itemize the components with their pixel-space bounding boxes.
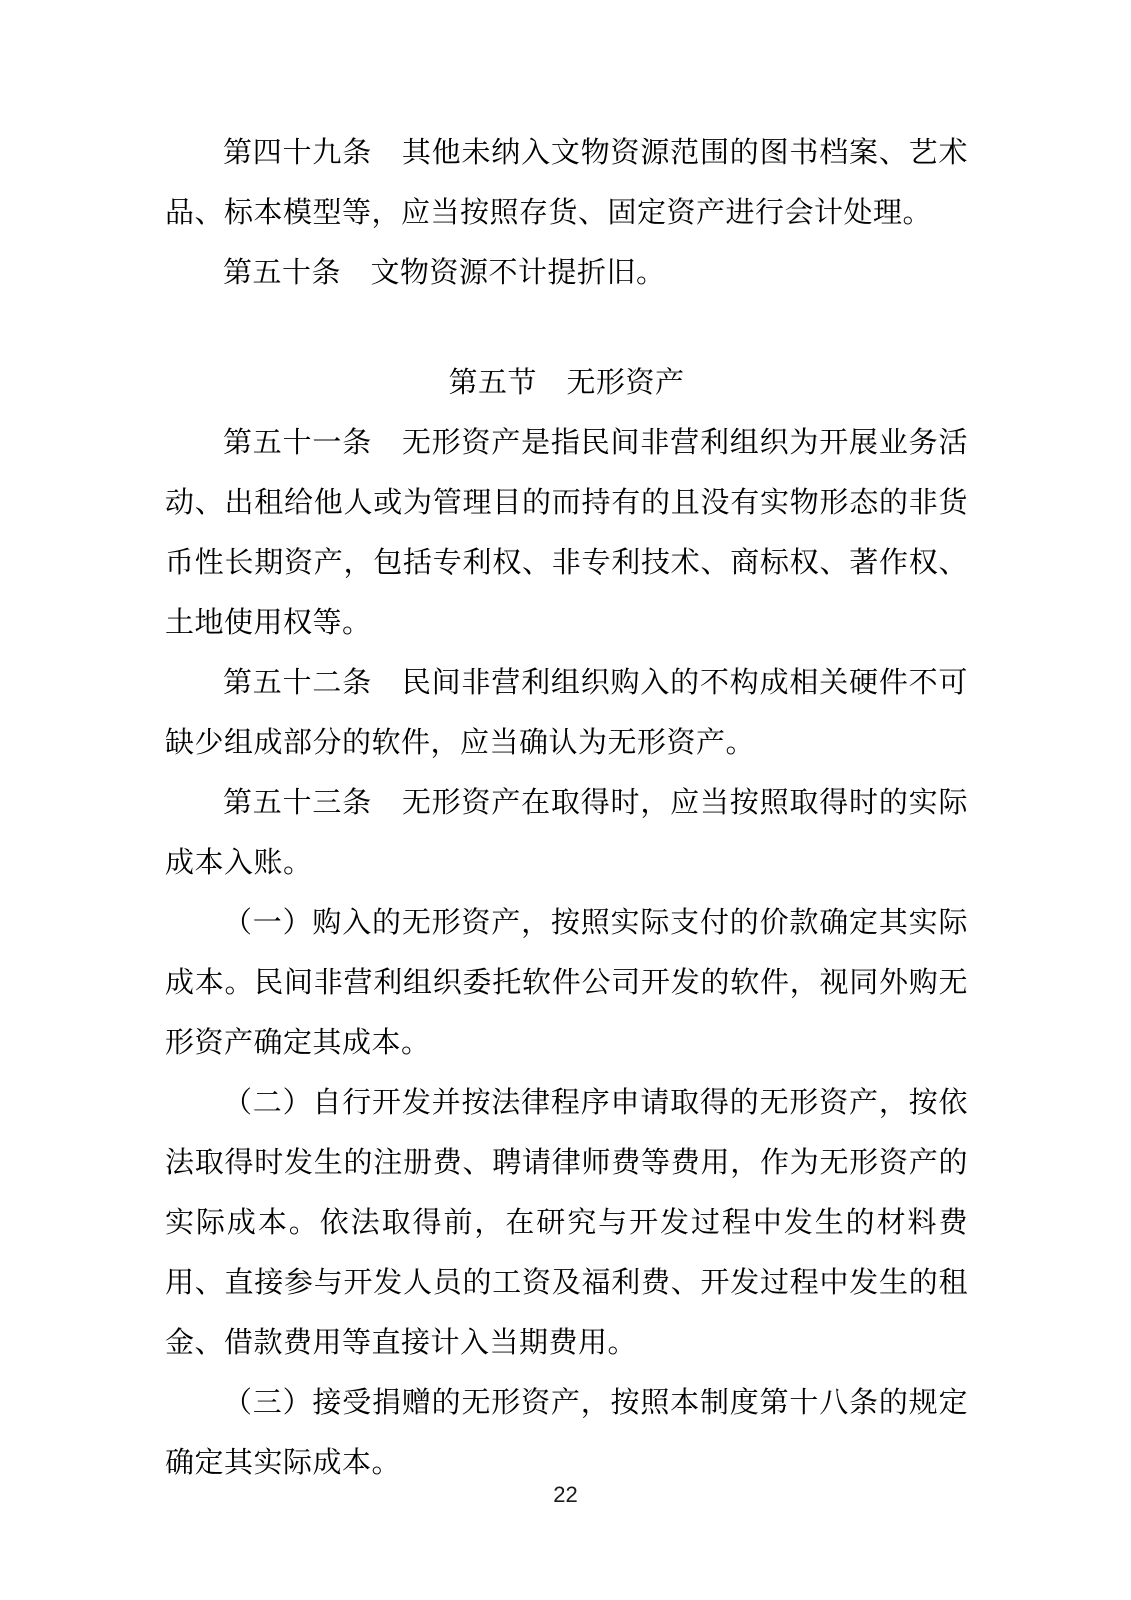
paragraph-item-1: （一）购入的无形资产，按照实际支付的价款确定其实际成本。民间非营利组织委托软件公… xyxy=(165,893,968,1073)
page-number: 22 xyxy=(0,1482,1131,1508)
document-page: 第四十九条 其他未纳入文物资源范围的图书档案、艺术品、标本模型等，应当按照存货、… xyxy=(0,0,1131,1600)
paragraph-item-2: （二）自行开发并按法律程序申请取得的无形资产，按依法取得时发生的注册费、聘请律师… xyxy=(165,1073,968,1373)
document-body: 第四十九条 其他未纳入文物资源范围的图书档案、艺术品、标本模型等，应当按照存货、… xyxy=(165,123,968,1493)
paragraph-item-3: （三）接受捐赠的无形资产，按照本制度第十八条的规定确定其实际成本。 xyxy=(165,1373,968,1493)
section-heading: 第五节 无形资产 xyxy=(165,353,968,413)
paragraph-article-49: 第四十九条 其他未纳入文物资源范围的图书档案、艺术品、标本模型等，应当按照存货、… xyxy=(165,123,968,243)
paragraph-article-51: 第五十一条 无形资产是指民间非营利组织为开展业务活动、出租给他人或为管理目的而持… xyxy=(165,413,968,653)
paragraph-article-50: 第五十条 文物资源不计提折旧。 xyxy=(165,243,968,303)
paragraph-article-53: 第五十三条 无形资产在取得时，应当按照取得时的实际成本入账。 xyxy=(165,773,968,893)
paragraph-article-52: 第五十二条 民间非营利组织购入的不构成相关硬件不可缺少组成部分的软件，应当确认为… xyxy=(165,653,968,773)
